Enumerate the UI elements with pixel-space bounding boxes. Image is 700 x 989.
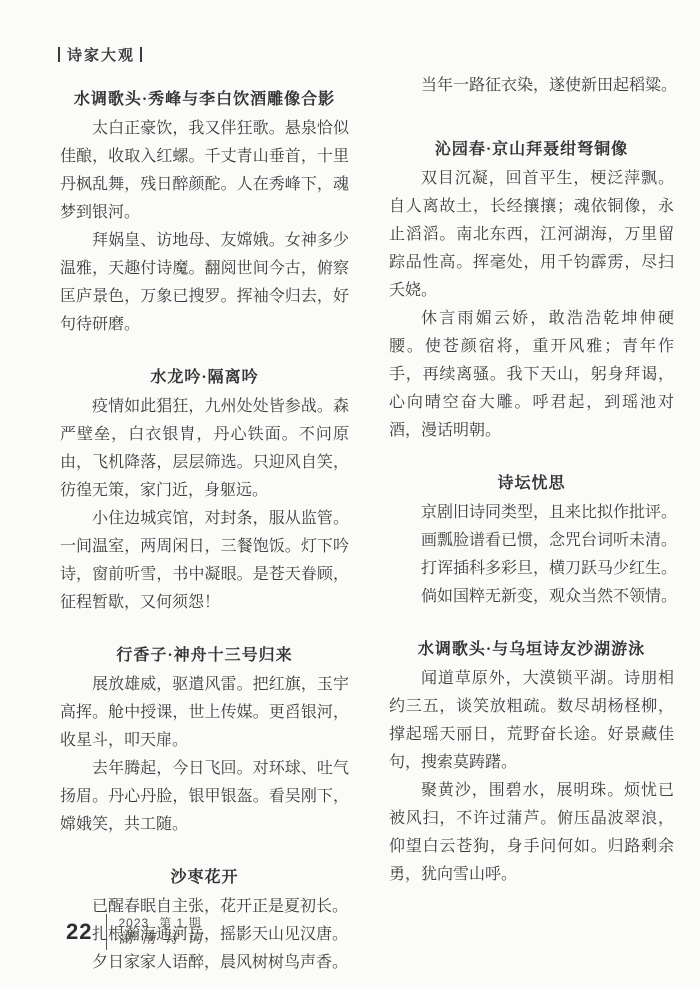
poem-line: 当年一路征衣染，遂使新田起稻粱。	[389, 72, 674, 100]
poem-shuidiaogetou-xiufeng: 水调歌头·秀峰与李白饮酒雕像合影 太白正豪饮，我又伴狂歌。悬泉恰似佳酿，收取入红…	[60, 86, 349, 339]
magazine-page: 诗家大观 水调歌头·秀峰与李白饮酒雕像合影 太白正豪饮，我又伴狂歌。悬泉恰似佳酿…	[0, 0, 700, 989]
poem-stanza: 双目沉凝，回首平生，梗泛萍飘。自人离故土，长经攘攘；魂依铜像，永止滔滔。南北东西…	[389, 165, 674, 305]
issue-label: 2023第 1 期	[118, 915, 210, 931]
poem-shuilongyin-geli: 水龙吟·隔离吟 疫情如此猖狂，九州处处皆参战。森严壁垒，白衣银胄，丹心铁面。不问…	[60, 364, 349, 617]
issue-number: 第 1 期	[159, 916, 201, 930]
poem-title: 水调歌头·与乌垣诗友沙湖游泳	[389, 636, 674, 664]
header-bar-icon	[58, 47, 60, 62]
poem-stanza: 闻道草原外，大漠锁平湖。诗朋相约三五，谈笑放粗疏。数尽胡杨柽柳，撑起瑶天丽日，荒…	[389, 665, 674, 777]
poem-line: 京剧旧诗同类型，且来比拟作批评。	[389, 499, 674, 527]
poem-shazaohuakai-continued: 当年一路征衣染，遂使新田起稻粱。	[389, 72, 674, 100]
poem-stanza: 休言雨媚云娇，敢浩浩乾坤伸硬腰。使苍颜宿将，重开风雅；青年作手，再续离骚。我下天…	[389, 305, 674, 445]
poem-shitanyousi: 诗坛忧思 京剧旧诗同类型，且来比拟作批评。 画瓢脸谱看已惯，念咒台词听未清。 打…	[389, 470, 674, 611]
footer-divider	[106, 914, 107, 950]
poem-stanza: 展放雄威，驱遣风雷。把红旗，玉宇高挥。舱中授课，世上传媒。更舀银河，收星斗，叩天…	[60, 671, 349, 755]
poem-line: 倘如国粹无新变，观众当然不领情。	[389, 583, 674, 611]
poem-stanza: 疫情如此猖狂，九州处处皆参战。森严壁垒，白衣银胄，丹心铁面。不问原由，飞机降落，…	[60, 393, 349, 505]
page-footer: 22 2023第 1 期 湖南诗词	[66, 914, 210, 950]
issue-year: 2023	[118, 916, 149, 930]
poem-qinyuanchun-jingshan: 沁园春·京山拜聂绀弩铜像 双目沉凝，回首平生，梗泛萍飘。自人离故土，长经攘攘；魂…	[389, 136, 674, 445]
journal-logo: 湖南诗词	[118, 931, 210, 949]
poem-title: 沁园春·京山拜聂绀弩铜像	[389, 136, 674, 164]
poem-stanza: 小住边城宾馆，对封条，服从监管。一间温室，两周闲日，三餐饱饭。灯下吟诗，窗前听雪…	[60, 505, 349, 617]
poem-stanza: 拜娲皇、访地母、友嫦娥。女神多少温雅，天趣付诗魔。翻阅世间今古，俯察匡庐景色，万…	[60, 227, 349, 339]
poem-xingxiangzi-shenzhou: 行香子·神舟十三号归来 展放雄威，驱遣风雷。把红旗，玉宇高挥。舱中授课，世上传媒…	[60, 642, 349, 839]
poem-line: 打诨插科多彩旦，横刀跃马少红生。	[389, 555, 674, 583]
issue-block: 2023第 1 期 湖南诗词	[118, 915, 210, 949]
poem-line: 画瓢脸谱看已惯，念咒台词听未清。	[389, 527, 674, 555]
header-bar-icon	[140, 47, 142, 62]
section-header: 诗家大观	[58, 44, 142, 65]
poem-title: 水龙吟·隔离吟	[60, 364, 349, 392]
poem-title: 水调歌头·秀峰与李白饮酒雕像合影	[60, 86, 349, 114]
poem-title: 沙枣花开	[60, 864, 349, 892]
poem-stanza: 太白正豪饮，我又伴狂歌。悬泉恰似佳酿，收取入红螺。千丈青山垂首，十里丹枫乱舞，残…	[60, 115, 349, 227]
right-column: 当年一路征衣染，遂使新田起稻粱。 沁园春·京山拜聂绀弩铜像 双目沉凝，回首平生，…	[389, 72, 674, 889]
section-header-label: 诗家大观	[67, 44, 135, 65]
poem-stanza: 聚黄沙，围碧水，展明珠。烦忧已被风扫，不许过蒲芦。俯压晶波翠浪，仰望白云苍狗，身…	[389, 777, 674, 889]
poem-line: 夕日家家人语醉，晨风树树鸟声香。	[60, 949, 349, 977]
page-number: 22	[66, 919, 92, 945]
poem-title: 行香子·神舟十三号归来	[60, 642, 349, 670]
poem-stanza: 去年腾起，今日飞回。对环球、吐气扬眉。丹心丹脸，银甲银盔。看吴刚下，嫦娥笑，共工…	[60, 755, 349, 839]
poem-title: 诗坛忧思	[389, 470, 674, 498]
left-column: 水调歌头·秀峰与李白饮酒雕像合影 太白正豪饮，我又伴狂歌。悬泉恰似佳酿，收取入红…	[60, 86, 349, 977]
poem-shuidiaogetou-shahu: 水调歌头·与乌垣诗友沙湖游泳 闻道草原外，大漠锁平湖。诗朋相约三五，谈笑放粗疏。…	[389, 636, 674, 889]
